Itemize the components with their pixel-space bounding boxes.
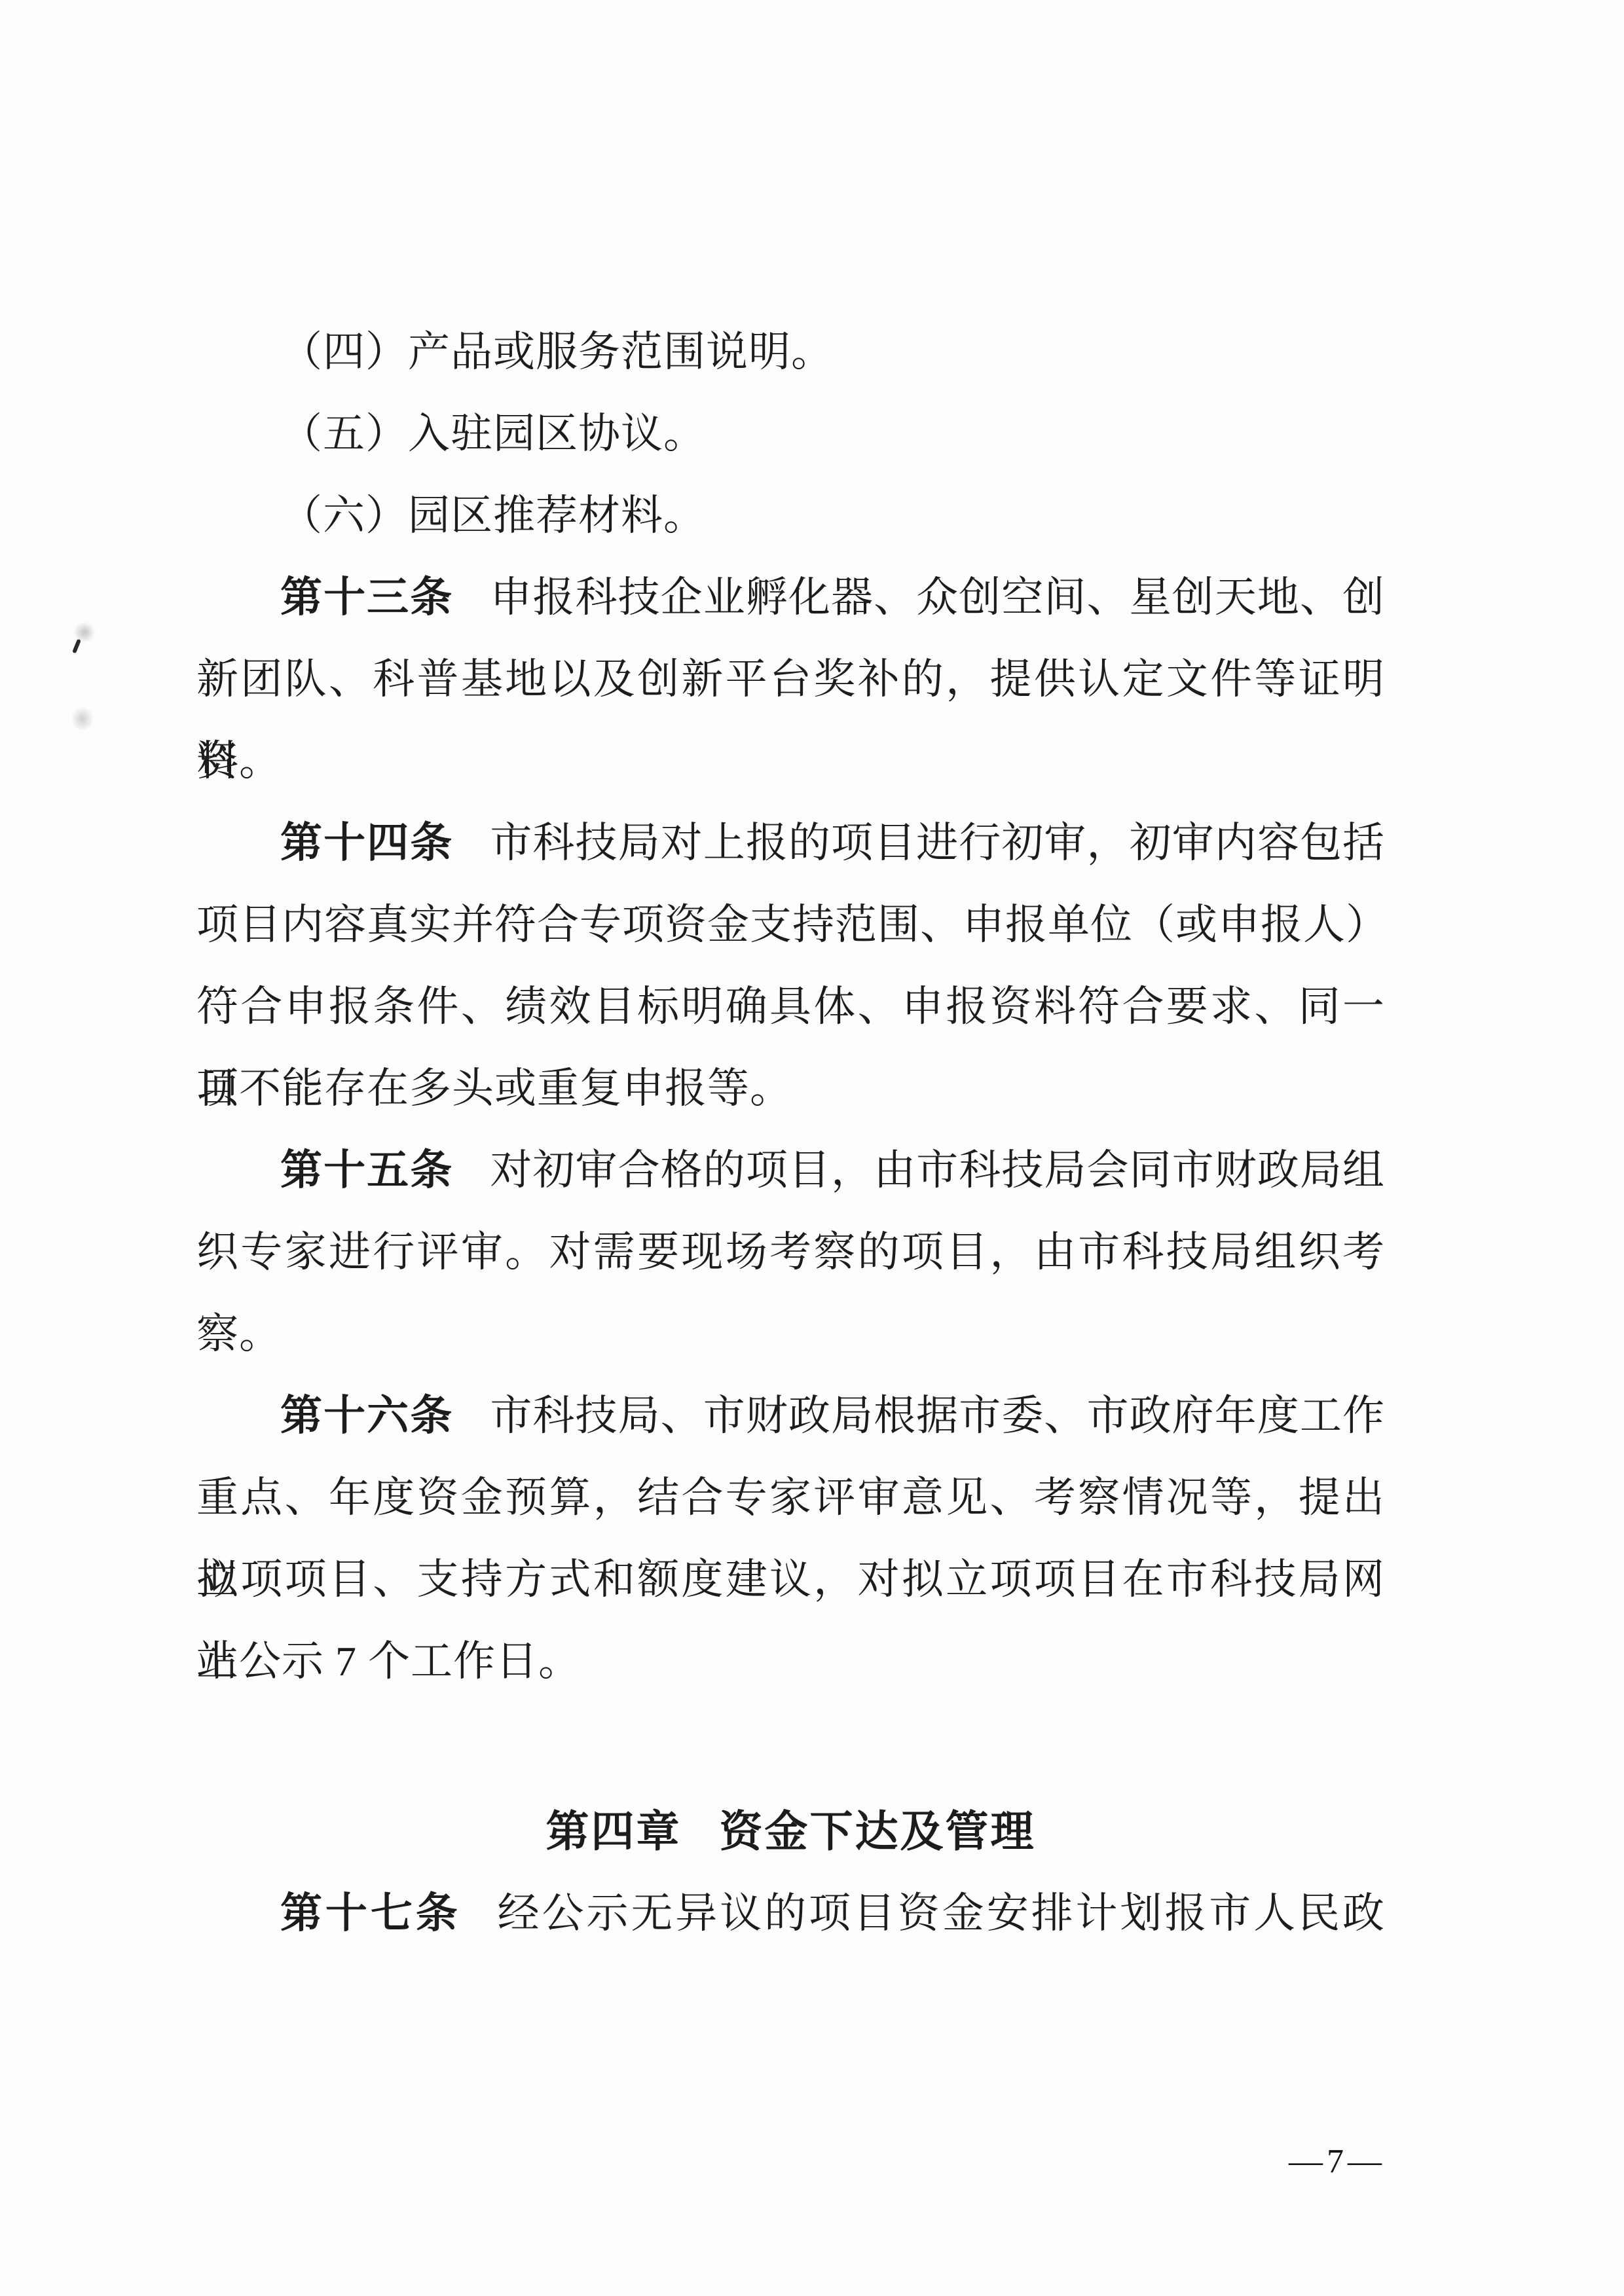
- text-line: 第十六条市科技局、市财政局根据市委、市政府年度工作: [196, 1375, 1385, 1457]
- page-number: —7—: [1289, 2142, 1386, 2181]
- text-line: 项目内容真实并符合专项资金支持范围、申报单位（或申报人）: [196, 884, 1385, 966]
- scan-smudge: [69, 618, 100, 647]
- article-text: 市科技局、市财政局根据市委、市政府年度工作: [490, 1393, 1385, 1439]
- text-line: 立项项目、支持方式和额度建议，对拟立项项目在市科技局网站: [196, 1539, 1385, 1620]
- text-line: 第十四条市科技局对上报的项目进行初审，初审内容包括: [196, 802, 1385, 884]
- text-line: 织专家进行评审。对需要现场考察的项目，由市科技局组织考: [196, 1211, 1385, 1293]
- text-line: 料。: [196, 720, 1385, 802]
- chapter-heading: 第四章资金下达及管理: [196, 1791, 1385, 1872]
- text-line: （六）园区推荐材料。: [196, 475, 1385, 556]
- document-page: （四）产品或服务范围说明。 （五）入驻园区协议。 （六）园区推荐材料。 第十三条…: [0, 0, 1624, 2296]
- text-line: （四）产品或服务范围说明。: [196, 311, 1385, 393]
- article-number: 第十六条: [280, 1392, 453, 1439]
- text-line: 目不能存在多头或重复申报等。: [196, 1048, 1385, 1129]
- article-paragraph: 第十三条申报科技企业孵化器、众创空间、星创天地、创 新团队、科普基地以及创新平台…: [196, 556, 1385, 802]
- article-number: 第十四条: [280, 819, 453, 866]
- text-line: 察。: [196, 1293, 1385, 1375]
- chapter-title: 资金下达及管理: [720, 1807, 1036, 1855]
- text-line: 上公示 7 个工作日。: [196, 1620, 1385, 1702]
- text-line: 第十三条申报科技企业孵化器、众创空间、星创天地、创: [196, 556, 1385, 638]
- article-paragraph: 第十七条经公示无异议的项目资金安排计划报市人民政: [196, 1872, 1385, 1954]
- text-line: 第十七条经公示无异议的项目资金安排计划报市人民政: [196, 1872, 1385, 1954]
- text-line: 重点、年度资金预算，结合专家评审意见、考察情况等，提出拟: [196, 1457, 1385, 1539]
- article-text: 对初审合格的项目，由市科技局会同市财政局组: [490, 1147, 1385, 1194]
- text-line: （五）入驻园区协议。: [196, 393, 1385, 475]
- text-line: 第十五条对初审合格的项目，由市科技局会同市财政局组: [196, 1129, 1385, 1211]
- article-paragraph: 第十四条市科技局对上报的项目进行初审，初审内容包括 项目内容真实并符合专项资金支…: [196, 802, 1385, 1129]
- article-text: 申报科技企业孵化器、众创空间、星创天地、创: [490, 574, 1385, 621]
- article-number: 第十三条: [280, 574, 453, 621]
- article-text: 市科技局对上报的项目进行初审，初审内容包括: [490, 820, 1385, 866]
- chapter-label: 第四章: [546, 1807, 682, 1855]
- article-paragraph: 第十五条对初审合格的项目，由市科技局会同市财政局组 织专家进行评审。对需要现场考…: [196, 1129, 1385, 1375]
- list-item: （六）园区推荐材料。: [196, 475, 1385, 556]
- text-line: 符合申报条件、绩效目标明确具体、申报资料符合要求、同一项: [196, 966, 1385, 1048]
- scan-smudge: [67, 702, 98, 736]
- article-number: 第十七条: [280, 1889, 461, 1937]
- article-paragraph: 第十六条市科技局、市财政局根据市委、市政府年度工作 重点、年度资金预算，结合专家…: [196, 1375, 1385, 1702]
- list-item: （五）入驻园区协议。: [196, 393, 1385, 475]
- article-text: 经公示无异议的项目资金安排计划报市人民政: [498, 1890, 1385, 1937]
- list-item: （四）产品或服务范围说明。: [196, 311, 1385, 393]
- text-line: 新团队、科普基地以及创新平台奖补的，提供认定文件等证明资: [196, 638, 1385, 720]
- article-number: 第十五条: [280, 1146, 453, 1194]
